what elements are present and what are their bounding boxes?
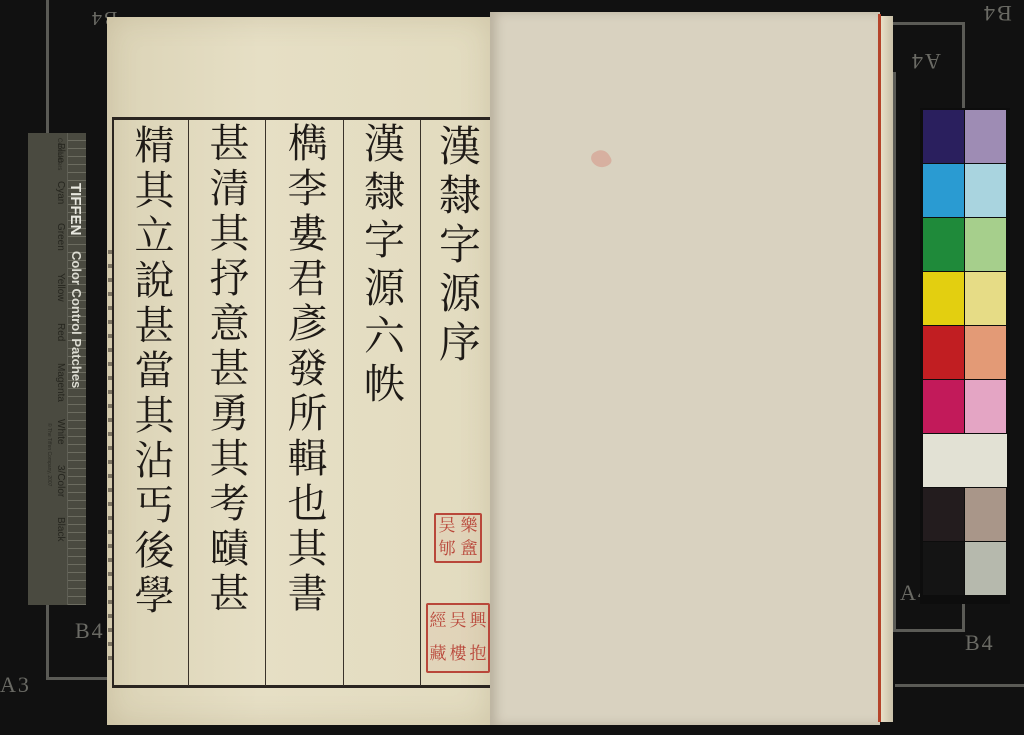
- patch-green: [923, 218, 964, 271]
- color-name-green: Green: [55, 223, 66, 273]
- seal-char: 抱: [470, 646, 487, 663]
- guide-line-bottom-right: [895, 684, 1024, 687]
- patch-white: [923, 434, 1007, 487]
- guide-label-b4-bottom-right: B4: [965, 630, 995, 656]
- tiffen-copyright: © The Tiffen Company, 2007: [46, 423, 52, 486]
- color-name-3color: 3/Color: [55, 465, 66, 517]
- patch-magenta-light: [965, 380, 1006, 433]
- guide-label-a4-upper-right: A4: [910, 48, 941, 74]
- tiffen-color-names: BlueCyanGreenYellowRedMagentaWhite3/Colo…: [55, 143, 66, 557]
- color-name-black: Black: [55, 517, 66, 557]
- patch-red-light: [965, 326, 1006, 379]
- column-divider: [343, 120, 344, 686]
- seal-char: 樂: [461, 518, 478, 535]
- guide-label-b4-top-right: B4: [982, 0, 1012, 26]
- tiffen-centimeters-label: Centimeters: [56, 138, 62, 170]
- text-column-5: 精其立說甚當其沾丐後學: [115, 124, 187, 619]
- book-fore-edge: [881, 16, 893, 722]
- collector-seal-small: 吴 樂 郇 盦: [434, 513, 482, 563]
- color-name-red: Red: [55, 323, 66, 363]
- patch-red: [923, 326, 964, 379]
- seal-char: 興: [470, 613, 487, 630]
- color-name-cyan: Cyan: [55, 181, 66, 223]
- patch-3color-black: [923, 488, 964, 541]
- patch-gray-light: [965, 542, 1006, 595]
- seal-char: 盦: [461, 541, 478, 558]
- text-column-3: 檇李婁君彥發所輯也其書: [268, 122, 340, 617]
- patch-3color-gray: [965, 488, 1006, 541]
- patch-cyan-light: [965, 164, 1006, 217]
- tiffen-color-control-strip: BlueCyanGreenYellowRedMagentaWhite3/Colo…: [28, 133, 86, 605]
- collector-seal-large: 經 吴 興 藏 樓 抱: [426, 603, 490, 673]
- column-divider: [265, 120, 266, 686]
- text-column-4: 甚清其抒意甚勇其考賾甚: [190, 122, 262, 617]
- guide-label-a3-bottom-left: A3: [0, 672, 31, 698]
- patch-yellow-light: [965, 272, 1006, 325]
- column-divider: [188, 120, 189, 686]
- seal-char: 吴: [439, 518, 456, 535]
- color-name-white: White: [55, 419, 66, 465]
- patch-yellow: [923, 272, 964, 325]
- seal-char: 吴: [450, 613, 467, 630]
- patch-blue-light: [965, 110, 1006, 163]
- preface-title-column: 漢隸字源序: [421, 124, 493, 369]
- seal-char: 經: [430, 613, 447, 630]
- color-name-magenta: Magenta: [55, 363, 66, 419]
- color-name-yellow: Yellow: [55, 273, 66, 323]
- seal-char: 樓: [450, 646, 467, 663]
- patch-magenta: [923, 380, 964, 433]
- seal-char: 藏: [430, 646, 447, 663]
- right-book-page-blank: [490, 12, 880, 725]
- patch-cyan: [923, 164, 964, 217]
- patch-blue: [923, 110, 964, 163]
- patch-green-light: [965, 218, 1006, 271]
- seal-char: 郇: [439, 541, 456, 558]
- patch-black: [923, 542, 964, 595]
- guide-label-b4-lower-left: B4: [75, 618, 105, 644]
- tiffen-title: Color Control Patches: [69, 251, 84, 388]
- text-column-2: 漢隸字源六帙: [345, 122, 417, 410]
- color-reference-chart: [920, 108, 1010, 604]
- tiffen-brand-logo: TIFFEN: [67, 183, 84, 236]
